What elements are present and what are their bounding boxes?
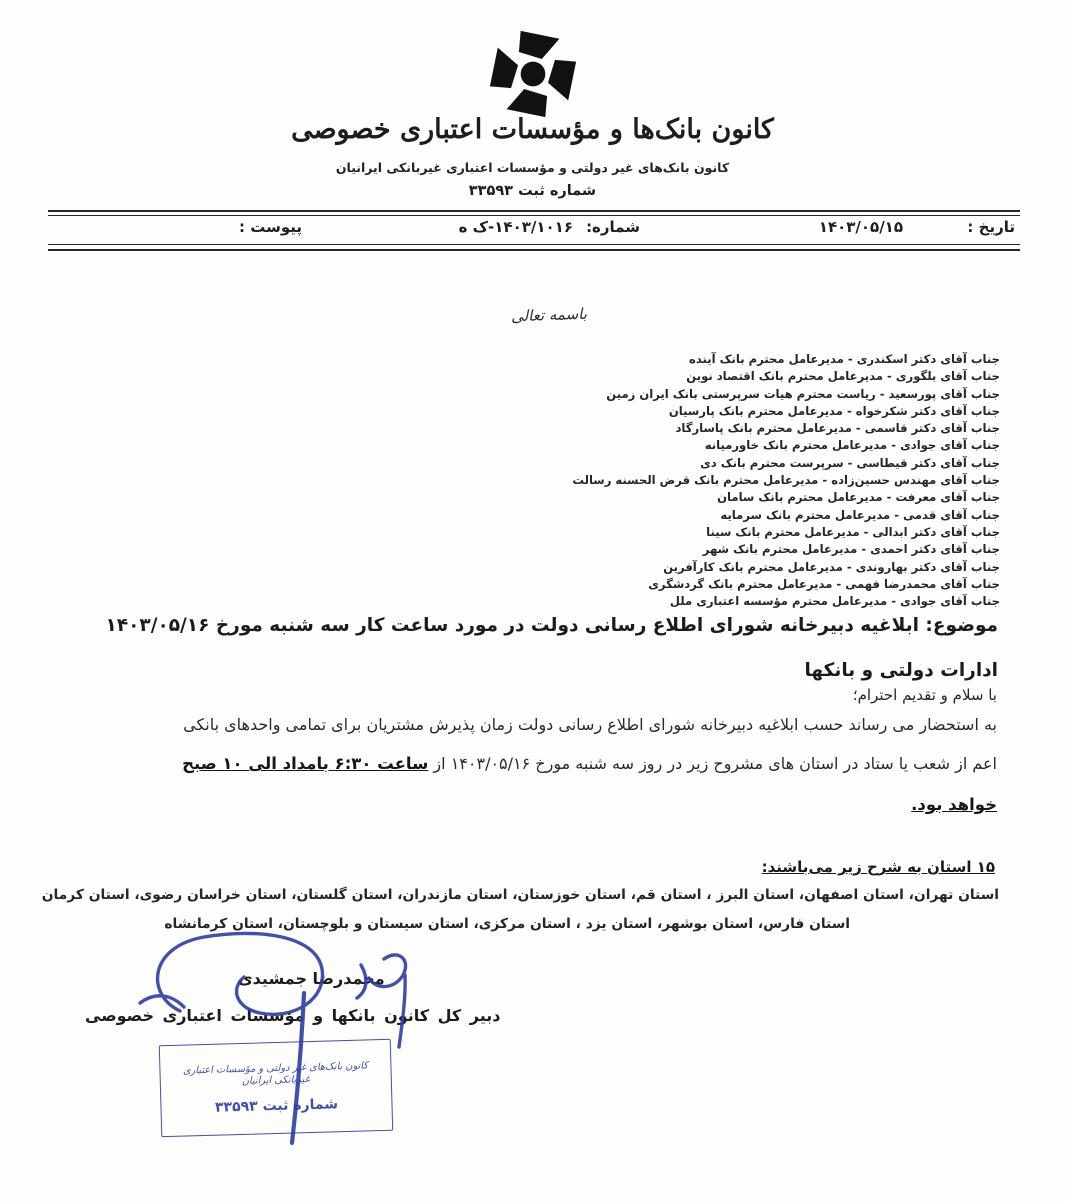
recipient-row: جناب آقای دکتر اسکندری - مدیرعامل محترم …: [572, 351, 1000, 368]
stamp-registration-line: شماره ثبت ۳۳۵۹۳: [215, 1096, 338, 1115]
recipient-row: جناب آقای دکتر ابدالی - مدیرعامل محترم ب…: [572, 524, 1000, 541]
date-label: تاریخ :: [967, 218, 1015, 236]
org-registration-number: شماره ثبت ۳۳۵۹۳: [0, 183, 1065, 199]
recipient-row: جناب آقای دکتر قاسمی - مدیرعامل محترم با…: [572, 420, 1000, 437]
signatory-name: محمدرضا جمشیدی: [238, 969, 385, 988]
recipients-list: جناب آقای دکتر اسکندری - مدیرعامل محترم …: [572, 351, 1000, 610]
signatory-title: دبیر کل کانون بانکها و مؤسسات اعتباری خص…: [85, 1006, 501, 1025]
body-line-2-emphasis: ساعت ۶:۳۰ بامداد الی ۱۰ صبح: [182, 754, 428, 773]
number-label: شماره:: [586, 218, 640, 236]
attachment-label: پیوست :: [239, 218, 302, 236]
provinces-heading: ۱۵ استان به شرح زیر می‌باشند:: [762, 858, 995, 876]
pinwheel-logo-icon: [487, 30, 579, 118]
org-subtitle: کانون بانک‌های غیر دولتی و مؤسسات اعتبار…: [0, 160, 1065, 175]
recipient-row: جناب آقای مهندس حسین‌زاده - مدیرعامل محت…: [572, 472, 1000, 489]
band-rule-bottom-outer: [48, 249, 1020, 251]
recipient-row: جناب آقای جوادی - مدیرعامل محترم بانک خا…: [572, 437, 1000, 454]
date-value: ۱۴۰۳/۰۵/۱۵: [819, 218, 903, 236]
recipient-row: جناب آقای پورسعید - ریاست محترم هیات سرپ…: [572, 386, 1000, 403]
recipient-row: جناب آقای محمدرضا فهمی - مدیرعامل محترم …: [572, 576, 1000, 593]
invocation-basmala: باسمه تعالی: [511, 305, 587, 326]
scanned-letter-page: کانون بانک‌ها و مؤسسات اعتباری خصوصی کان…: [0, 0, 1065, 1202]
provinces-line-2: استان فارس، استان بوشهر، استان یزد ، است…: [164, 916, 850, 932]
band-rule-bottom-inner: [48, 244, 1020, 245]
band-rule-top-outer: [48, 210, 1020, 212]
recipient-row: جناب آقای دکتر بهاروندی - مدیرعامل محترم…: [572, 559, 1000, 576]
official-stamp: کانون بانک‌های غیر دولتی و مؤسسات اعتبار…: [159, 1039, 393, 1137]
body-line-1: به استحضار می رساند حسب ابلاغیه دبیرخانه…: [183, 715, 997, 734]
salutation: با سلام و تقدیم احترام؛: [853, 686, 997, 704]
recipient-row: جناب آقای قدمی - مدیرعامل محترم بانک سرم…: [572, 507, 1000, 524]
recipient-row: جناب آقای دکتر شکرخواه - مدیرعامل محترم …: [572, 403, 1000, 420]
recipient-row: جناب آقای معرفت - مدیرعامل محترم بانک سا…: [572, 489, 1000, 506]
subject-line: موضوع: ابلاغیه دبیرخانه شورای اطلاع رسان…: [78, 603, 998, 693]
body-line-2-normal: اعم از شعب یا ستاد در استان های مشروح زی…: [428, 754, 997, 773]
number-value: ۱۴۰۳/۱۰۱۶-ک ه: [459, 218, 573, 236]
body-line-2: اعم از شعب یا ستاد در استان های مشروح زی…: [182, 754, 997, 773]
recipient-row: جناب آقای دکتر احمدی - مدیرعامل محترم با…: [572, 541, 1000, 558]
recipient-row: جناب آقای دکتر قیطاسی - سرپرست محترم بان…: [572, 455, 1000, 472]
provinces-line-1: استان تهران، استان اصفهان، استان البرز ،…: [42, 887, 999, 903]
band-rule-top-inner: [48, 215, 1020, 216]
body-line-3-emphasis: خواهد بود.: [911, 795, 997, 814]
org-title: کانون بانک‌ها و مؤسسات اعتباری خصوصی: [0, 114, 1065, 145]
letterhead: [0, 30, 1065, 118]
recipient-row: جناب آقای بلگوری - مدیرعامل محترم بانک ا…: [572, 368, 1000, 385]
stamp-org-line: کانون بانک‌های غیر دولتی و مؤسسات اعتبار…: [160, 1059, 391, 1089]
